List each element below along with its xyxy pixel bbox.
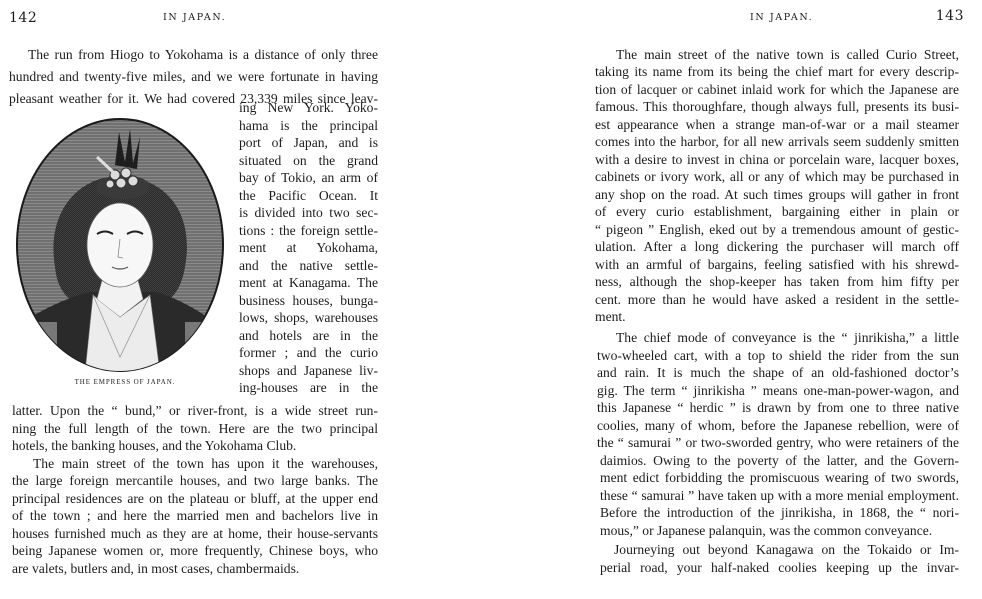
- left-page: 142 IN JAPAN.: [0, 0, 400, 599]
- page-number: 142: [9, 10, 37, 26]
- text-line: The run from Hiogo to Yokohama is a dist…: [28, 44, 378, 66]
- text-line: ment.: [595, 306, 626, 328]
- page-number: 143: [936, 8, 964, 24]
- figure-caption: THE EMPRESS OF JAPAN.: [30, 378, 220, 386]
- text-line: hundred and twenty-five miles, and we we…: [9, 66, 378, 88]
- running-head-title: IN JAPAN.: [750, 12, 813, 23]
- empress-portrait-illustration: [15, 117, 225, 373]
- running-head: IN JAPAN. 143: [580, 10, 982, 28]
- running-head: 142 IN JAPAN.: [0, 10, 400, 28]
- text-line: perial road, your half-naked coolies kee…: [600, 557, 959, 579]
- text-line: ing-houses are in the: [239, 377, 378, 399]
- text-line: are valets, butlers and, in most cases, …: [12, 558, 299, 580]
- running-head-title: IN JAPAN.: [163, 12, 226, 23]
- right-page: IN JAPAN. 143 The main street of the nat…: [580, 0, 982, 599]
- text-line: cent. more than he would have asked a re…: [595, 289, 959, 311]
